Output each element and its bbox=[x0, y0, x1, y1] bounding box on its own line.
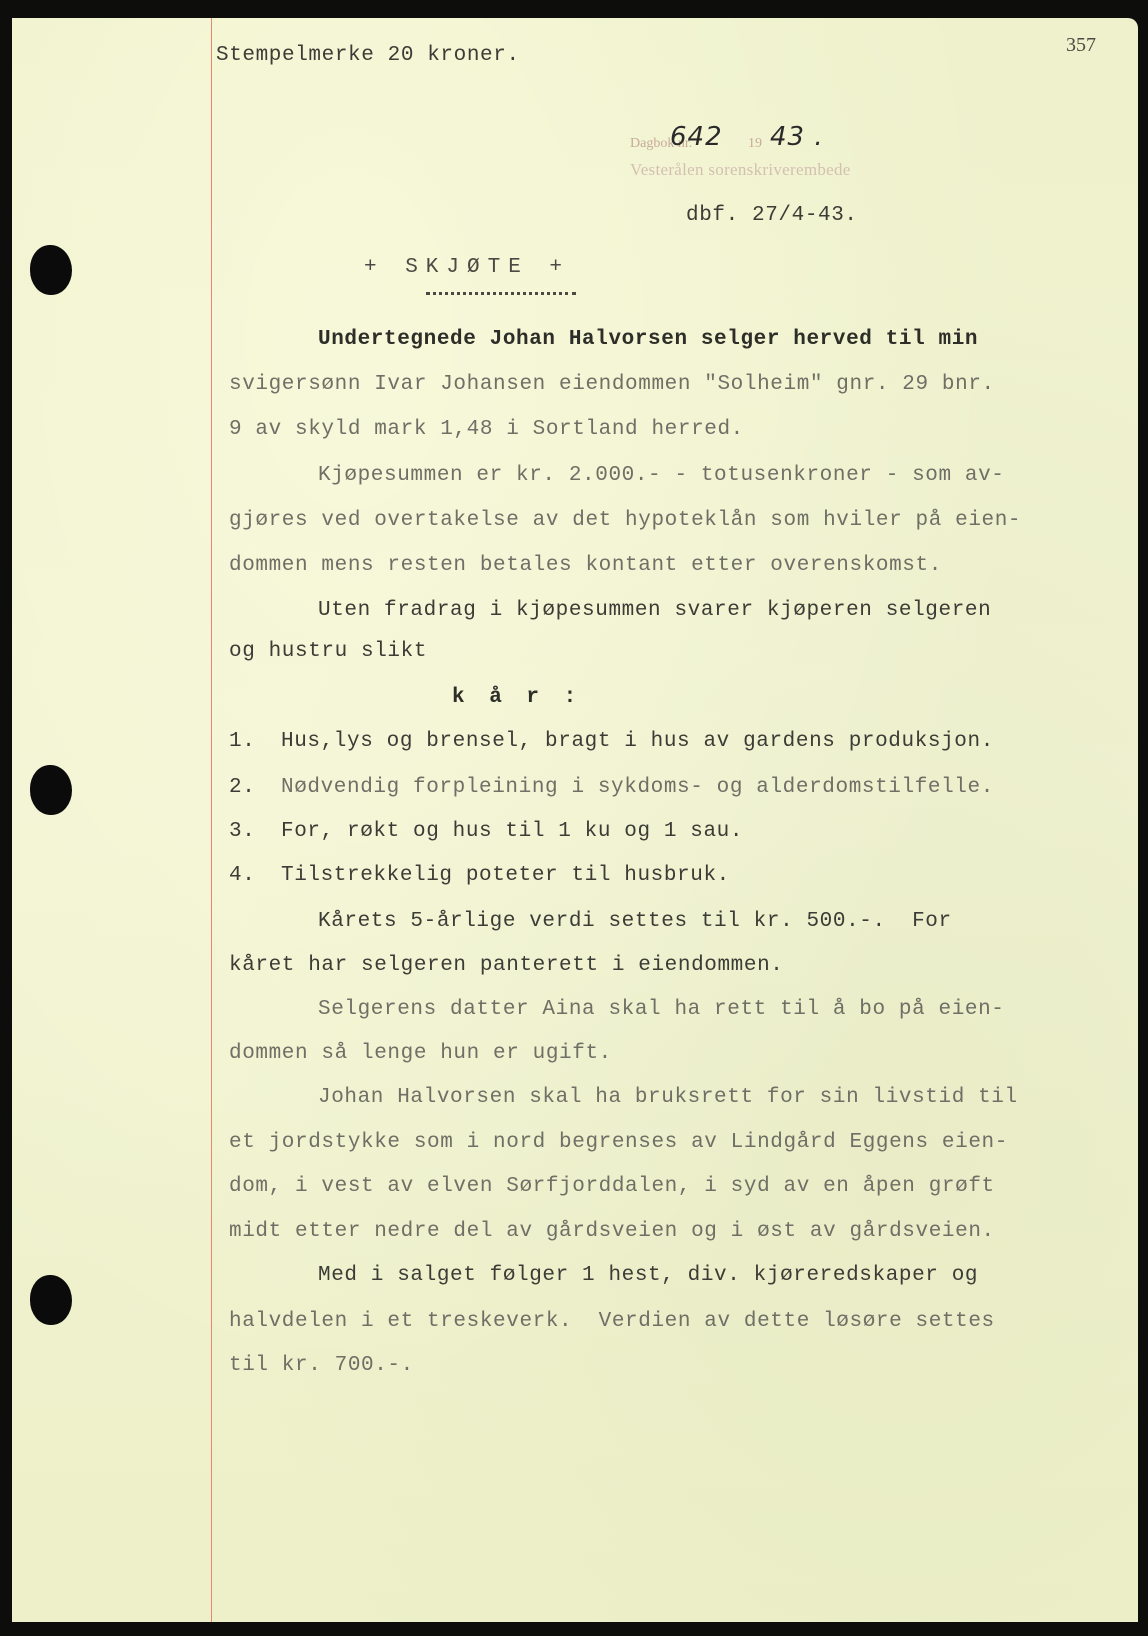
paragraph-line: Selgerens datter Aina skal ha rett til å… bbox=[318, 998, 1005, 1021]
punch-hole-icon bbox=[30, 1275, 72, 1325]
list-number: 2. bbox=[229, 776, 255, 799]
paragraph-line: dommen mens resten betales kontant etter… bbox=[229, 554, 942, 577]
page-number: 357 bbox=[1066, 34, 1096, 57]
paragraph-line: kåret har selgeren panterett i eiendomme… bbox=[229, 954, 784, 977]
margin-line bbox=[211, 18, 212, 1622]
list-number: 4. bbox=[229, 864, 255, 887]
list-number: 1. bbox=[229, 730, 255, 753]
paragraph-line: Kjøpesummen er kr. 2.000.- - totusenkron… bbox=[318, 464, 1005, 487]
document-page: 357 Stempelmerke 20 kroner. Dagbok nr. 6… bbox=[12, 18, 1138, 1622]
punch-hole-icon bbox=[30, 765, 72, 815]
paragraph-line: halvdelen i et treskeverk. Verdien av de… bbox=[229, 1310, 995, 1333]
paragraph-line: Johan Halvorsen skal ha bruksrett for si… bbox=[318, 1086, 1018, 1109]
paragraph-line: midt etter nedre del av gårdsveien og i … bbox=[229, 1220, 995, 1243]
paragraph-line: dom, i vest av elven Sørfjorddalen, i sy… bbox=[229, 1175, 995, 1198]
register-office: Vesterålen sorenskriverembede bbox=[630, 160, 851, 180]
punch-hole-icon bbox=[30, 245, 72, 295]
paragraph-line: Undertegnede Johan Halvorsen selger herv… bbox=[318, 328, 978, 351]
paragraph-line: gjøres ved overtakelse av det hypoteklån… bbox=[229, 509, 1021, 532]
paragraph-line: 9 av skyld mark 1,48 i Sortland herred. bbox=[229, 418, 744, 441]
register-number: 642 bbox=[670, 122, 723, 152]
list-item: Tilstrekkelig poteter til husbruk. bbox=[281, 864, 730, 887]
list-item: Hus,lys og brensel, bragt i hus av garde… bbox=[281, 730, 994, 753]
paragraph-line: Kårets 5-årlige verdi settes til kr. 500… bbox=[318, 910, 952, 933]
kar-heading: k å r : bbox=[452, 686, 582, 709]
paragraph-line: et jordstykke som i nord begrenses av Li… bbox=[229, 1131, 1008, 1154]
list-item: Nødvendig forpleining i sykdoms- og alde… bbox=[281, 776, 994, 799]
paragraph-line: svigersønn Ivar Johansen eiendommen "Sol… bbox=[229, 373, 995, 396]
stamp-duty-note: Stempelmerke 20 kroner. bbox=[216, 44, 520, 67]
dbf-date: dbf. 27/4-43. bbox=[686, 204, 858, 227]
paragraph-line: og hustru slikt bbox=[229, 640, 427, 663]
paragraph-line: til kr. 700.-. bbox=[229, 1354, 414, 1377]
list-item: For, røkt og hus til 1 ku og 1 sau. bbox=[281, 820, 743, 843]
paragraph-line: dommen så lenge hun er ugift. bbox=[229, 1042, 612, 1065]
document-title: + SKJØTE + bbox=[364, 256, 570, 279]
register-year-prefix: 19 bbox=[748, 136, 762, 152]
register-year: 43 . bbox=[770, 122, 824, 152]
list-number: 3. bbox=[229, 820, 255, 843]
paragraph-line: Uten fradrag i kjøpesummen svarer kjøper… bbox=[318, 599, 991, 622]
paragraph-line: Med i salget følger 1 hest, div. kjørere… bbox=[318, 1264, 978, 1287]
title-underline bbox=[426, 292, 576, 295]
